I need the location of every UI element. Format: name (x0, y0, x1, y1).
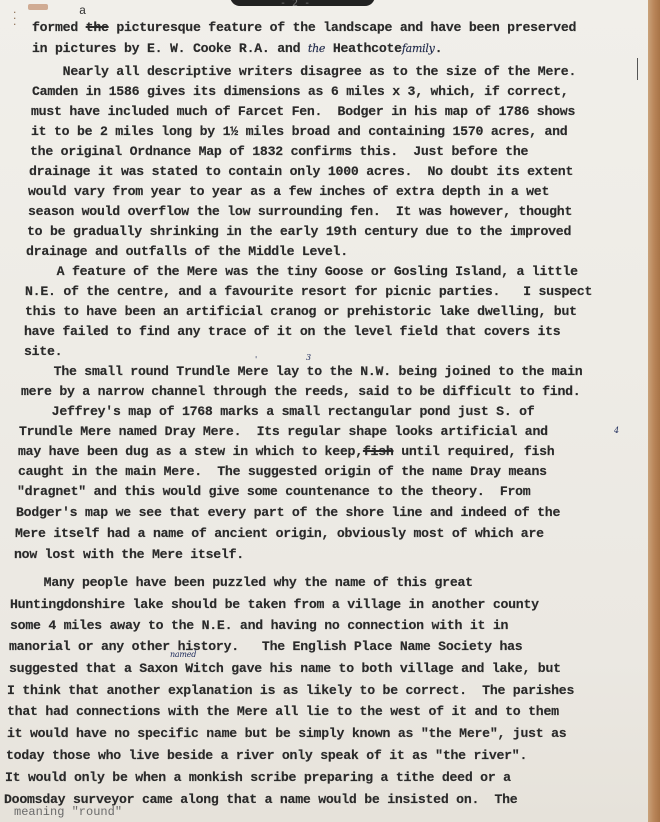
text-line: today those who live beside a river only… (6, 746, 527, 766)
text-line: it to be 2 miles long by 1½ miles broad … (31, 122, 567, 142)
inserted-letter: a (79, 4, 86, 18)
text-line: to be gradually shrinking in the early 1… (27, 222, 571, 242)
text-line: must have included much of Farcet Fen. B… (31, 102, 575, 122)
struck-word: the (86, 20, 109, 35)
handwritten-insert: the (308, 42, 325, 55)
handwritten-footnote-mark: 4 (614, 426, 619, 435)
page-number: - 2 - (280, 0, 310, 9)
text-line: manorial or any other history. The Engli… (9, 637, 522, 657)
text-line: some 4 miles away to the N.E. and having… (10, 616, 508, 636)
handwritten-insert: family (402, 42, 435, 55)
text-line: drainage and outfalls of the Middle Leve… (26, 242, 348, 262)
rust-stain (28, 4, 48, 10)
footnote-text: meaning "round" (14, 805, 122, 819)
text-line: "dragnet" and this would give some count… (17, 482, 530, 502)
text-line: suggested that a Saxon Witch gave his na… (9, 659, 561, 679)
text-line: Camden in 1586 gives its dimensions as 6… (32, 82, 568, 102)
text-line: have failed to find any trace of it on t… (24, 322, 560, 342)
handwritten-insert: named (170, 650, 196, 659)
text-line: I think that another explanation is as l… (7, 681, 574, 701)
text-line: mere by a narrow channel through the ree… (21, 382, 580, 402)
text-line: would vary from year to year as a few in… (28, 182, 549, 202)
text-line: Huntingdonshire lake should be taken fro… (10, 595, 539, 615)
text-line: formed the picturesque feature of the la… (32, 18, 576, 38)
text-line: A feature of the Mere was the tiny Goose… (26, 262, 578, 282)
text-line: Many people have been puzzled why the na… (13, 573, 473, 593)
text-line: may have been dug as a stew in which to … (18, 442, 554, 462)
struck-word: fish (363, 444, 394, 459)
text-line: site. (24, 342, 62, 362)
text-line: season would overflow the low surroundin… (28, 202, 572, 222)
text-line: caught in the main Mere. The suggested o… (18, 462, 547, 482)
text-line: N.E. of the centre, and a favourite reso… (25, 282, 592, 302)
margin-mark (637, 58, 638, 80)
text-line: this to have been an artificial cranog o… (25, 302, 577, 322)
text-line: The small round Trundle Mere lay to the … (23, 362, 582, 382)
text-line: Bodger's map we see that every part of t… (16, 503, 560, 523)
text-line: Trundle Mere named Dray Mere. Its regula… (19, 422, 548, 442)
text-line: Nearly all descriptive writers disagree … (32, 62, 576, 82)
text-line: the original Ordnance Map of 1832 confir… (30, 142, 528, 162)
punch-marks: ... (12, 8, 17, 26)
text-line: that had connections with the Mere all l… (7, 702, 559, 722)
text-line: Mere itself had a name of ancient origin… (15, 524, 544, 544)
text-line: It would only be when a monkish scribe p… (5, 768, 511, 788)
document-page: ... - 2 - a formed the picturesque featu… (0, 0, 648, 822)
desk-surface (648, 0, 660, 822)
text-line: now lost with the Mere itself. (14, 545, 244, 565)
text-line: drainage it was stated to contain only 1… (29, 162, 573, 182)
text-line: in pictures by E. W. Cooke R.A. and the … (32, 39, 442, 59)
text-line: it would have no specific name but be si… (7, 724, 566, 744)
handwritten-footnote-mark: 3 (306, 353, 311, 362)
text-line: Jeffrey's map of 1768 marks a small rect… (21, 402, 534, 422)
